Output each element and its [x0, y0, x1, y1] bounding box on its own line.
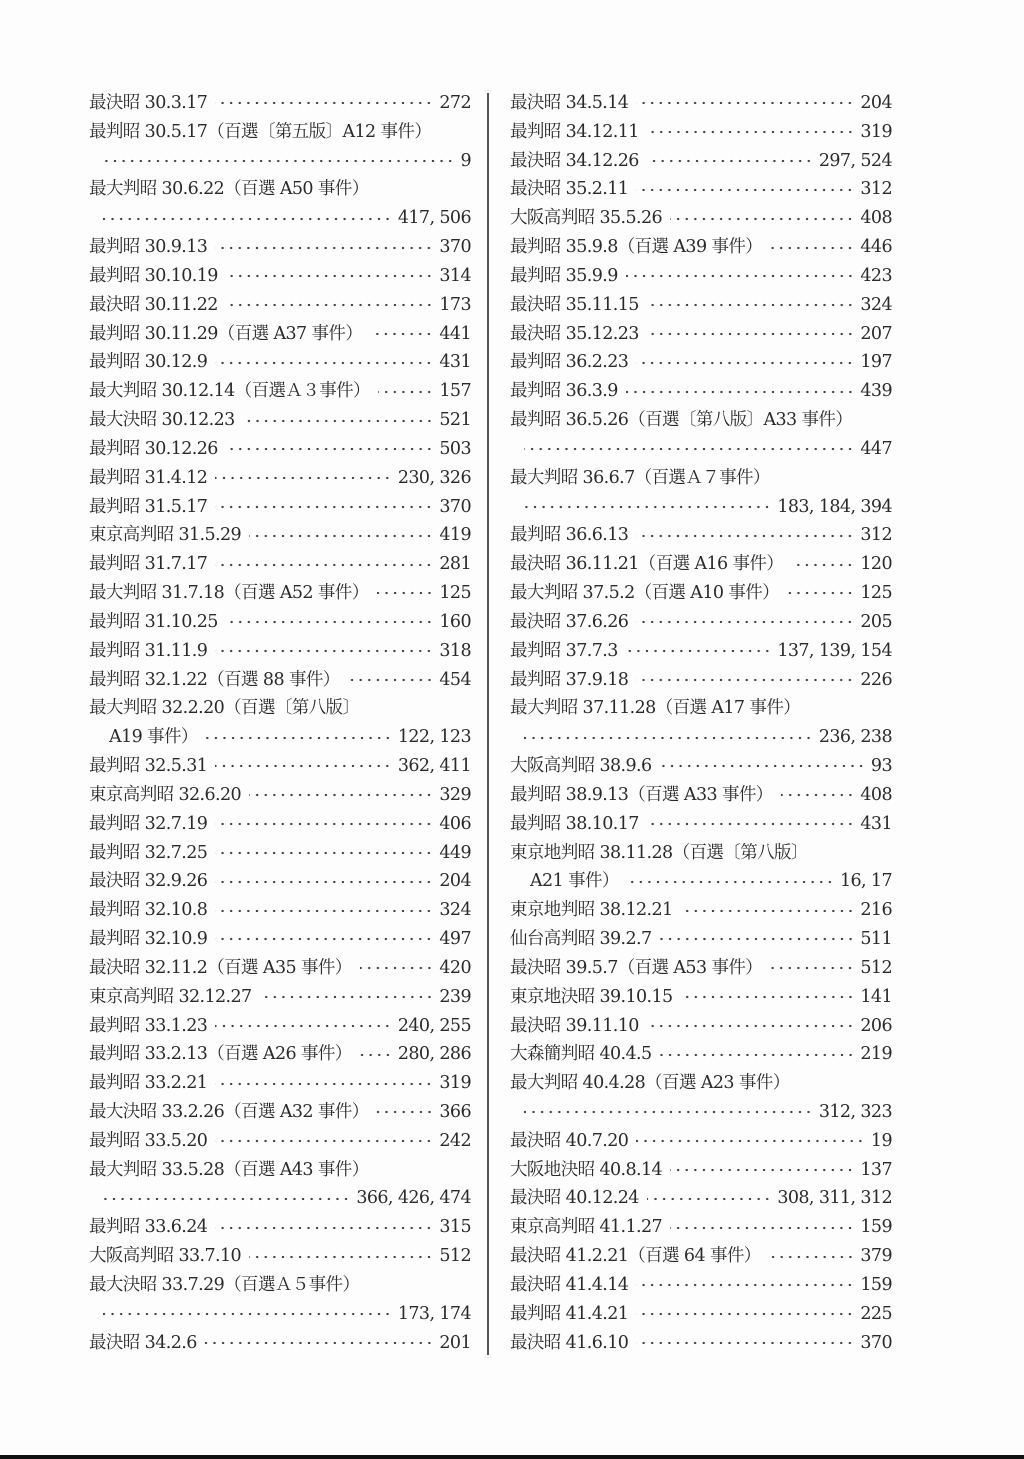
- case-index-right-column: 最決昭 34.5.14204最判昭 34.12.11319最決昭 34.12.2…: [510, 89, 892, 1357]
- page-reference: 419: [439, 521, 471, 550]
- index-entry-heading: 東京地判昭 38.11.28（百選〔第八版〕: [510, 839, 892, 868]
- page-reference: 324: [439, 896, 471, 925]
- index-entry-continuation: 312, 323: [510, 1098, 892, 1127]
- dot-leader: [636, 1283, 854, 1287]
- index-entry: 最判昭 36.2.23197: [510, 348, 892, 377]
- index-entry: 最判昭 36.3.9439: [510, 377, 892, 406]
- dot-leader: [636, 1139, 865, 1143]
- dot-leader: [215, 851, 433, 855]
- dot-leader: [636, 361, 854, 365]
- dot-leader: [636, 678, 854, 682]
- index-entry-heading: 最大判昭 32.2.20（百選〔第八版〕: [89, 694, 471, 723]
- dot-leader: [215, 937, 433, 941]
- page-reference: 239: [439, 983, 471, 1012]
- dot-leader: [787, 591, 854, 595]
- page-reference: 512: [439, 1242, 471, 1271]
- page-reference: 449: [439, 839, 471, 868]
- case-citation: 最判昭 30.11.29（百選 A37 事件）: [89, 320, 370, 349]
- case-citation: 最大判昭 37.11.28（百選 A17 事件）: [510, 694, 808, 723]
- page-reference: 204: [439, 867, 471, 896]
- case-citation: 最決昭 30.3.17: [89, 89, 215, 118]
- page-reference: 366, 426, 474: [356, 1184, 471, 1213]
- dot-leader: [215, 476, 392, 480]
- dot-leader: [215, 101, 433, 105]
- index-entry: 最判昭 38.10.17431: [510, 810, 892, 839]
- dot-leader: [215, 822, 433, 826]
- index-entry: 最判昭 33.2.13（百選 A26 事件）280, 286: [89, 1040, 471, 1069]
- case-citation: 最判昭 37.9.18: [510, 666, 636, 695]
- page-reference: 137: [860, 1156, 892, 1185]
- page-reference: 207: [860, 320, 892, 349]
- index-entry: 最判昭 36.6.13312: [510, 521, 892, 550]
- index-entry: 最判昭 37.9.18226: [510, 666, 892, 695]
- index-entry-heading: 最大決昭 33.7.29（百選Ａ５事件）: [89, 1271, 471, 1300]
- index-entry: 最判昭 31.5.17370: [89, 493, 471, 522]
- index-entry: 最判昭 32.7.19406: [89, 810, 471, 839]
- case-citation: 最判昭 35.9.8（百選 A39 事件）: [510, 233, 770, 262]
- index-entry: 最決昭 40.7.2019: [510, 1127, 892, 1156]
- page-reference: 319: [860, 118, 892, 147]
- case-citation: 最判昭 36.3.9: [510, 377, 626, 406]
- index-entry: 最決昭 39.5.7（百選 A53 事件）512: [510, 954, 892, 983]
- index-entry: 東京高判昭 32.12.27239: [89, 983, 471, 1012]
- index-entry: 東京地決昭 39.10.15141: [510, 983, 892, 1012]
- case-citation: 最判昭 30.12.26: [89, 435, 226, 464]
- page-reference: 312: [860, 175, 892, 204]
- page-reference: 272: [439, 89, 471, 118]
- index-entry: 最大判昭 31.7.18（百選 A52 事件）125: [89, 579, 471, 608]
- case-citation: 仙台高判昭 39.2.7: [510, 925, 660, 954]
- case-citation: 最判昭 31.7.17: [89, 550, 215, 579]
- page-reference: 197: [860, 348, 892, 377]
- case-citation: 最判昭 32.1.22（百選 88 事件）: [89, 666, 348, 695]
- dot-leader: [524, 447, 854, 451]
- case-citation: 最決昭 36.11.21（百選 A16 事件）: [510, 550, 791, 579]
- page-reference: 319: [439, 1069, 471, 1098]
- page-reference: 141: [860, 983, 892, 1012]
- case-citation: 最判昭 30.12.9: [89, 348, 215, 377]
- dot-leader: [215, 563, 433, 567]
- case-citation: 最決昭 32.11.2（百選 A35 事件）: [89, 954, 360, 983]
- index-entry: 最判昭 32.10.9497: [89, 925, 471, 954]
- page-reference: 423: [860, 262, 892, 291]
- page-reference: 173, 174: [398, 1300, 471, 1329]
- index-entry-continuation: 236, 238: [510, 723, 892, 752]
- dot-leader: [770, 966, 854, 970]
- index-entry: 最決昭 34.5.14204: [510, 89, 892, 118]
- index-entry-heading: 最判昭 36.5.26（百選〔第八版〕A33 事件）: [510, 406, 892, 435]
- index-entry-continuation: 447: [510, 435, 892, 464]
- index-entry: 最判昭 30.11.29（百選 A37 事件）441: [89, 320, 471, 349]
- dot-leader: [647, 332, 855, 336]
- dot-leader: [626, 649, 772, 653]
- page-reference: 9: [460, 147, 471, 176]
- page-reference: 205: [860, 608, 892, 637]
- column-divider: [487, 93, 489, 1355]
- dot-leader: [215, 505, 433, 509]
- dot-leader: [681, 909, 855, 913]
- page-reference: 324: [860, 291, 892, 320]
- index-entry-continuation: 9: [89, 147, 471, 176]
- case-citation: 最大判昭 37.5.2（百選 A10 事件）: [510, 579, 787, 608]
- dot-leader: [647, 130, 855, 134]
- case-citation: 最判昭 41.4.21: [510, 1300, 636, 1329]
- dot-leader: [627, 880, 834, 884]
- case-citation: A21 事件）: [510, 867, 627, 896]
- page-reference: 441: [439, 320, 471, 349]
- index-entry: 大阪高判昭 38.9.693: [510, 752, 892, 781]
- page-reference: 122, 123: [398, 723, 471, 752]
- index-entry: 最決昭 34.12.26297, 524: [510, 147, 892, 176]
- case-citation: 最判昭 37.7.3: [510, 637, 626, 666]
- index-entry: 東京高判昭 41.1.27159: [510, 1213, 892, 1242]
- dot-leader: [215, 880, 433, 884]
- index-entry: 最判昭 32.5.31362, 411: [89, 752, 471, 781]
- index-entry: 東京高判昭 31.5.29419: [89, 521, 471, 550]
- page-reference: 497: [439, 925, 471, 954]
- dot-leader: [681, 995, 855, 999]
- dot-leader: [215, 1139, 433, 1143]
- page-reference: 408: [860, 781, 892, 810]
- page-reference: 312: [860, 521, 892, 550]
- case-citation: 最決昭 34.5.14: [510, 89, 636, 118]
- dot-leader: [215, 764, 392, 768]
- case-citation: 最決昭 32.9.26: [89, 867, 215, 896]
- dot-leader: [360, 1053, 392, 1057]
- page-reference: 379: [860, 1242, 892, 1271]
- page-reference: 439: [860, 377, 892, 406]
- index-entry: 最決昭 30.3.17272: [89, 89, 471, 118]
- case-citation: 最判昭 30.5.17（百選〔第五版〕A12 事件）: [89, 118, 439, 147]
- case-citation: 最決昭 35.2.11: [510, 175, 636, 204]
- case-citation: 最決昭 37.6.26: [510, 608, 636, 637]
- case-citation: 最判昭 30.10.19: [89, 262, 226, 291]
- case-citation: 最大判昭 30.12.14（百選Ａ３事件）: [89, 377, 378, 406]
- dot-leader: [249, 1255, 433, 1259]
- case-citation: 最判昭 31.11.9: [89, 637, 215, 666]
- page-reference: 366: [439, 1098, 471, 1127]
- index-entry: 最大決昭 30.12.23521: [89, 406, 471, 435]
- case-citation: 最判昭 32.7.19: [89, 810, 215, 839]
- index-entry: 最判昭 31.11.9318: [89, 637, 471, 666]
- page-reference: 242: [439, 1127, 471, 1156]
- index-entry-heading: 最判昭 30.5.17（百選〔第五版〕A12 事件）: [89, 118, 471, 147]
- page-reference: 125: [439, 579, 471, 608]
- index-entry: 最決昭 35.2.11312: [510, 175, 892, 204]
- case-citation: 最決昭 40.7.20: [510, 1127, 636, 1156]
- index-entry: 最決昭 34.2.6201: [89, 1329, 471, 1358]
- page-reference: 318: [439, 637, 471, 666]
- dot-leader: [370, 332, 433, 336]
- index-entry: 最決昭 30.11.22173: [89, 291, 471, 320]
- case-citation: 最大判昭 33.5.28（百選 A43 事件）: [89, 1156, 377, 1185]
- page-reference: 230, 326: [398, 464, 471, 493]
- page-reference: 160: [439, 608, 471, 637]
- index-entry: 仙台高判昭 39.2.7511: [510, 925, 892, 954]
- page-reference: 225: [860, 1300, 892, 1329]
- case-citation: 最決昭 35.12.23: [510, 320, 647, 349]
- page-reference: 125: [860, 579, 892, 608]
- case-citation: 最判昭 30.9.13: [89, 233, 215, 262]
- dot-leader: [249, 534, 433, 538]
- dot-leader: [670, 217, 854, 221]
- index-entry: 最決昭 41.6.10370: [510, 1329, 892, 1358]
- index-entry: 大森簡判昭 40.4.5219: [510, 1040, 892, 1069]
- case-citation: 最決昭 30.11.22: [89, 291, 226, 320]
- dot-leader: [647, 303, 855, 307]
- index-entry: 最決昭 37.6.26205: [510, 608, 892, 637]
- page-reference: 216: [860, 896, 892, 925]
- dot-leader: [215, 1024, 392, 1028]
- case-citation: A19 事件）: [89, 723, 206, 752]
- index-entry: 大阪地決昭 40.8.14137: [510, 1156, 892, 1185]
- index-entry: 最判昭 30.9.13370: [89, 233, 471, 262]
- dot-leader: [378, 390, 433, 394]
- case-citation: 最判昭 36.5.26（百選〔第八版〕A33 事件）: [510, 406, 860, 435]
- page-reference: 19: [871, 1127, 892, 1156]
- index-entry: 最判昭 30.10.19314: [89, 262, 471, 291]
- case-citation: 最決昭 41.4.14: [510, 1271, 636, 1300]
- index-entry: 最判昭 38.9.13（百選 A33 事件）408: [510, 781, 892, 810]
- dot-leader: [524, 736, 813, 740]
- index-entry: 東京地判昭 38.12.21216: [510, 896, 892, 925]
- page-reference: 446: [860, 233, 892, 262]
- dot-leader: [636, 1341, 854, 1345]
- dot-leader: [524, 1110, 813, 1114]
- case-citation: 最決昭 41.6.10: [510, 1329, 636, 1358]
- page-reference: 431: [860, 810, 892, 839]
- dot-leader: [103, 159, 454, 163]
- page-reference: 454: [439, 666, 471, 695]
- case-citation: 東京高判昭 31.5.29: [89, 521, 249, 550]
- case-citation: 最判昭 33.2.13（百選 A26 事件）: [89, 1040, 360, 1069]
- page-reference: 173: [439, 291, 471, 320]
- index-entry: 最決昭 39.11.10206: [510, 1012, 892, 1041]
- index-entry: 最判昭 35.9.9423: [510, 262, 892, 291]
- dot-leader: [636, 101, 854, 105]
- case-citation: 大森簡判昭 40.4.5: [510, 1040, 660, 1069]
- case-citation: 最判昭 31.4.12: [89, 464, 215, 493]
- page-reference: 512: [860, 954, 892, 983]
- page-reference: 408: [860, 204, 892, 233]
- case-citation: 最判昭 33.2.21: [89, 1069, 215, 1098]
- index-entry: 大阪高判昭 33.7.10512: [89, 1242, 471, 1271]
- page-reference: 315: [439, 1213, 471, 1242]
- page-reference: 329: [439, 781, 471, 810]
- page-reference: 219: [860, 1040, 892, 1069]
- page-reference: 236, 238: [819, 723, 892, 752]
- page-bottom-edge: [0, 1455, 1024, 1459]
- case-citation: 大阪高判昭 35.5.26: [510, 204, 670, 233]
- dot-leader: [636, 188, 854, 192]
- dot-leader: [243, 419, 434, 423]
- index-entry: 最判昭 35.9.8（百選 A39 事件）446: [510, 233, 892, 262]
- page-reference: 370: [439, 493, 471, 522]
- page-reference: 120: [860, 550, 892, 579]
- case-citation: 最判昭 32.10.8: [89, 896, 215, 925]
- page-reference: 370: [860, 1329, 892, 1358]
- dot-leader: [377, 591, 434, 595]
- dot-leader: [103, 1197, 350, 1201]
- dot-leader: [205, 1341, 434, 1345]
- page-reference: 420: [439, 954, 471, 983]
- page-reference: 204: [860, 89, 892, 118]
- case-citation: 最判昭 31.10.25: [89, 608, 226, 637]
- case-citation: 最判昭 31.5.17: [89, 493, 215, 522]
- page-reference: 159: [860, 1213, 892, 1242]
- index-entry-continuation: A21 事件）16, 17: [510, 867, 892, 896]
- dot-leader: [769, 1255, 855, 1259]
- dot-leader: [226, 620, 434, 624]
- index-entry: 最判昭 33.1.23240, 255: [89, 1012, 471, 1041]
- page-reference: 93: [871, 752, 892, 781]
- page-reference: 314: [439, 262, 471, 291]
- case-citation: 最判昭 33.6.24: [89, 1213, 215, 1242]
- index-entry-heading: 最大判昭 30.6.22（百選 A50 事件）: [89, 175, 471, 204]
- index-entry: 最判昭 32.7.25449: [89, 839, 471, 868]
- page-reference: 447: [860, 435, 892, 464]
- case-citation: 最大判昭 36.6.7（百選Ａ７事件）: [510, 464, 778, 493]
- index-entry: 最判昭 32.10.8324: [89, 896, 471, 925]
- case-citation: 最大判昭 30.6.22（百選 A50 事件）: [89, 175, 377, 204]
- dot-leader: [636, 534, 854, 538]
- dot-leader: [660, 937, 855, 941]
- case-citation: 最大決昭 33.2.26（百選 A32 事件）: [89, 1098, 377, 1127]
- case-citation: 大阪高判昭 33.7.10: [89, 1242, 249, 1271]
- case-citation: 最判昭 36.2.23: [510, 348, 636, 377]
- page-reference: 183, 184, 394: [777, 493, 892, 522]
- page-reference: 16, 17: [840, 867, 892, 896]
- index-entry: 最決昭 40.12.24308, 311, 312: [510, 1184, 892, 1213]
- case-citation: 最決昭 35.11.15: [510, 291, 647, 320]
- dot-leader: [660, 1053, 855, 1057]
- dot-leader: [647, 822, 855, 826]
- page-reference: 431: [439, 348, 471, 377]
- page-reference: 362, 411: [398, 752, 471, 781]
- case-citation: 最判昭 34.12.11: [510, 118, 647, 147]
- index-entry: 大阪高判昭 35.5.26408: [510, 204, 892, 233]
- case-citation: 最決昭 39.5.7（百選 A53 事件）: [510, 954, 770, 983]
- dot-leader: [524, 505, 771, 509]
- index-entry-continuation: 173, 174: [89, 1300, 471, 1329]
- index-entry: 最決昭 32.9.26204: [89, 867, 471, 896]
- case-citation: 最決昭 39.11.10: [510, 1012, 647, 1041]
- dot-leader: [226, 303, 434, 307]
- index-entry: 最決昭 35.11.15324: [510, 291, 892, 320]
- case-citation: 最大判昭 32.2.20（百選〔第八版〕: [89, 694, 367, 723]
- index-entry: 最決昭 35.12.23207: [510, 320, 892, 349]
- index-entry: 最決昭 36.11.21（百選 A16 事件）120: [510, 550, 892, 579]
- case-citation: 大阪地決昭 40.8.14: [510, 1156, 670, 1185]
- dot-leader: [626, 390, 855, 394]
- index-entry: 最大判昭 30.12.14（百選Ａ３事件）157: [89, 377, 471, 406]
- index-entry: 最判昭 31.7.17281: [89, 550, 471, 579]
- index-entry-heading: 最大判昭 40.4.28（百選 A23 事件）: [510, 1069, 892, 1098]
- page-reference: 370: [439, 233, 471, 262]
- index-entry: 最決昭 41.4.14159: [510, 1271, 892, 1300]
- index-entry: 最大決昭 33.2.26（百選 A32 事件）366: [89, 1098, 471, 1127]
- case-citation: 最決昭 40.12.24: [510, 1184, 647, 1213]
- index-entry: 最判昭 33.2.21319: [89, 1069, 471, 1098]
- case-citation: 最判昭 32.7.25: [89, 839, 215, 868]
- dot-leader: [360, 966, 434, 970]
- dot-leader: [670, 1226, 854, 1230]
- page-reference: 201: [439, 1329, 471, 1358]
- case-citation: 東京高判昭 32.12.27: [89, 983, 260, 1012]
- page-reference: 240, 255: [398, 1012, 471, 1041]
- page-reference: 297, 524: [819, 147, 892, 176]
- page-reference: 406: [439, 810, 471, 839]
- dot-leader: [670, 1168, 854, 1172]
- index-entry-continuation: 417, 506: [89, 204, 471, 233]
- dot-leader: [791, 563, 854, 567]
- index-entry: 最判昭 32.1.22（百選 88 事件）454: [89, 666, 471, 695]
- index-entry: 最判昭 31.10.25160: [89, 608, 471, 637]
- case-citation: 最判昭 33.1.23: [89, 1012, 215, 1041]
- dot-leader: [215, 909, 433, 913]
- index-entry: 最大判昭 37.5.2（百選 A10 事件）125: [510, 579, 892, 608]
- page-reference: 503: [439, 435, 471, 464]
- dot-leader: [626, 274, 855, 278]
- page-reference: 312, 323: [819, 1098, 892, 1127]
- dot-leader: [636, 620, 854, 624]
- case-citation: 最大決昭 30.12.23: [89, 406, 243, 435]
- case-citation: 最判昭 38.9.13（百選 A33 事件）: [510, 781, 781, 810]
- page-reference: 417, 506: [398, 204, 471, 233]
- dot-leader: [636, 1312, 854, 1316]
- case-citation: 最判昭 35.9.9: [510, 262, 626, 291]
- dot-leader: [103, 1312, 392, 1316]
- index-entry-continuation: 183, 184, 394: [510, 493, 892, 522]
- dot-leader: [647, 1024, 855, 1028]
- case-citation: 東京地判昭 38.12.21: [510, 896, 681, 925]
- dot-leader: [249, 793, 433, 797]
- index-entry: 最判昭 37.7.3137, 139, 154: [510, 637, 892, 666]
- case-citation: 最大決昭 33.7.29（百選Ａ５事件）: [89, 1271, 367, 1300]
- case-citation: 最決昭 41.2.21（百選 64 事件）: [510, 1242, 769, 1271]
- index-entry: 最判昭 33.5.20242: [89, 1127, 471, 1156]
- case-citation: 最判昭 38.10.17: [510, 810, 647, 839]
- dot-leader: [226, 274, 434, 278]
- dot-leader: [215, 1082, 433, 1086]
- index-entry: 最決昭 41.2.21（百選 64 事件）379: [510, 1242, 892, 1271]
- index-entry: 最決昭 32.11.2（百選 A35 事件）420: [89, 954, 471, 983]
- dot-leader: [377, 1110, 434, 1114]
- case-citation: 最判昭 36.6.13: [510, 521, 636, 550]
- index-entry-continuation: 366, 426, 474: [89, 1184, 471, 1213]
- dot-leader: [215, 1226, 433, 1230]
- dot-leader: [647, 159, 813, 163]
- index-entry-heading: 最大判昭 36.6.7（百選Ａ７事件）: [510, 464, 892, 493]
- dot-leader: [206, 736, 392, 740]
- case-citation: 東京地決昭 39.10.15: [510, 983, 681, 1012]
- index-entry-continuation: A19 事件）122, 123: [89, 723, 471, 752]
- page-reference: 159: [860, 1271, 892, 1300]
- page-reference: 308, 311, 312: [777, 1184, 892, 1213]
- case-citation: 東京高判昭 41.1.27: [510, 1213, 670, 1242]
- dot-leader: [260, 995, 434, 999]
- page-reference: 511: [860, 925, 892, 954]
- case-citation: 最判昭 32.5.31: [89, 752, 215, 781]
- dot-leader: [647, 1197, 772, 1201]
- index-entry: 最判昭 30.12.26503: [89, 435, 471, 464]
- dot-leader: [348, 678, 434, 682]
- case-citation: 最決昭 34.2.6: [89, 1329, 205, 1358]
- page-reference: 280, 286: [398, 1040, 471, 1069]
- index-entry: 最判昭 34.12.11319: [510, 118, 892, 147]
- dot-leader: [770, 246, 854, 250]
- index-entry-heading: 最大判昭 33.5.28（百選 A43 事件）: [89, 1156, 471, 1185]
